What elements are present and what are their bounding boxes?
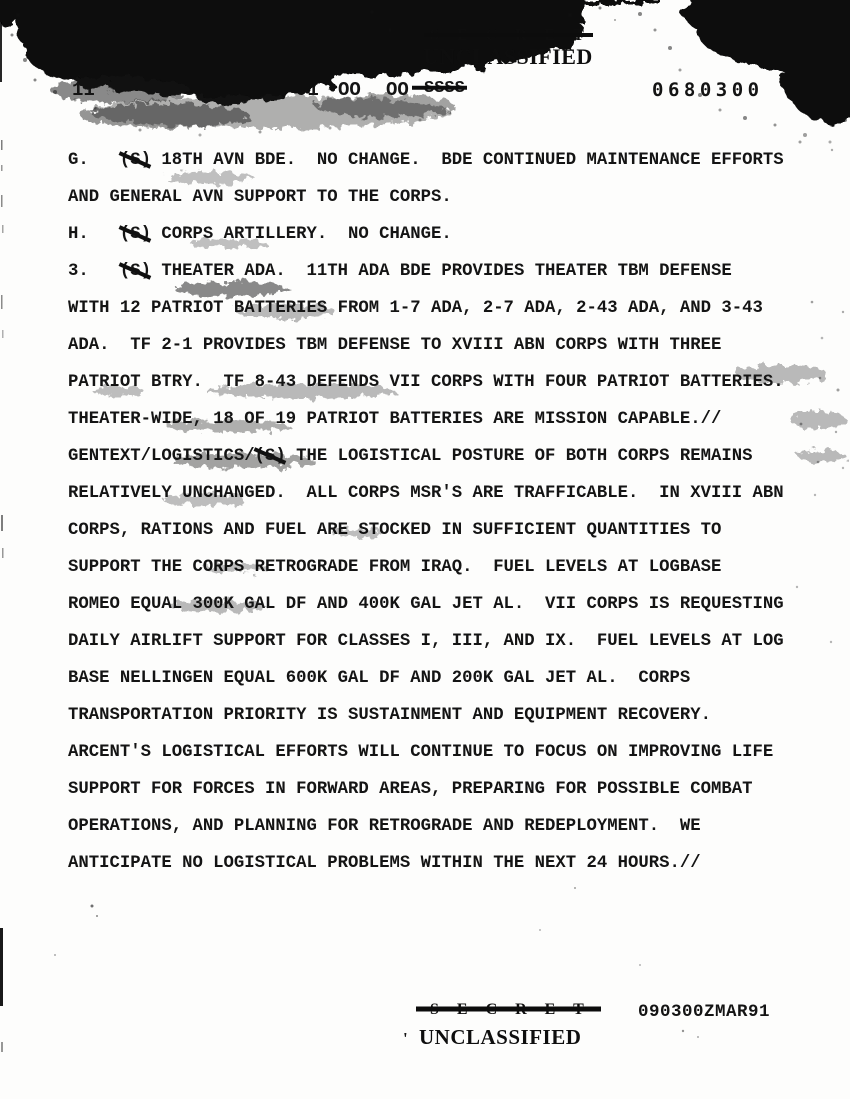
document-line: BASE NELLINGEN EQUAL 600K GAL DF AND 200… [68, 660, 784, 697]
unclassified-stamp-top: UNCLASSIFIED [423, 44, 593, 70]
document-line: ROMEO EQUAL 300K GAL DF AND 400K GAL JET… [68, 586, 784, 623]
document-line: OPERATIONS, AND PLANNING FOR RETROGRADE … [68, 808, 784, 845]
document-line: DAILY AIRLIFT SUPPORT FOR CLASSES I, III… [68, 623, 784, 660]
document-line: SUPPORT THE CORPS RETROGRADE FROM IRAQ. … [68, 549, 784, 586]
scanned-document-page: S E C R E T UNCLASSIFIED 11 90300Z MAR 9… [0, 0, 850, 1099]
header-serial: 11 [72, 79, 95, 101]
document-line: ARCENT'S LOGISTICAL EFFORTS WILL CONTINU… [68, 734, 784, 771]
document-line: H. (S) CORPS ARTILLERY. NO CHANGE. [68, 216, 784, 253]
header-dtg-year: 91 [296, 79, 319, 101]
header-dtg-month: MAR [246, 79, 280, 101]
footer-classification-secret-struck: S E C R E T [430, 1001, 591, 1019]
classification-secret-struck: S E C R E T [430, 27, 591, 45]
document-line: G. (S) 18TH AVN BDE. NO CHANGE. BDE CONT… [68, 142, 784, 179]
document-line: THEATER-WIDE, 18 OF 19 PATRIOT BATTERIES… [68, 401, 784, 438]
toner-blob-top-right [682, 0, 850, 124]
document-body: G. (S) 18TH AVN BDE. NO CHANGE. BDE CONT… [68, 142, 784, 882]
document-line: WITH 12 PATRIOT BATTERIES FROM 1-7 ADA, … [68, 290, 784, 327]
document-line: CORPS, RATIONS AND FUEL ARE STOCKED IN S… [68, 512, 784, 549]
document-line: TRANSPORTATION PRIORITY IS SUSTAINMENT A… [68, 697, 784, 734]
message-header-line: 11 90300Z MAR 91 OO OO SSSS 0680300 [0, 79, 850, 105]
stray-ink-mark: ' [403, 1029, 408, 1049]
footer-date-time-group: 090300ZMAR91 [638, 1002, 770, 1022]
header-precedence-2: OO [386, 79, 409, 101]
document-line: 3. (S) THEATER ADA. 11TH ADA BDE PROVIDE… [68, 253, 784, 290]
header-precedence-1: OO [338, 79, 361, 101]
document-line: ANTICIPATE NO LOGISTICAL PROBLEMS WITHIN… [68, 845, 784, 882]
header-document-number: 0680300 [652, 79, 764, 101]
document-line: SUPPORT FOR FORCES IN FORWARD AREAS, PRE… [68, 771, 784, 808]
document-line: RELATIVELY UNCHANGED. ALL CORPS MSR'S AR… [68, 475, 784, 512]
document-line: PATRIOT BTRY. TF 8-43 DEFENDS VII CORPS … [68, 364, 784, 401]
document-line: ADA. TF 2-1 PROVIDES TBM DEFENSE TO XVII… [68, 327, 784, 364]
declassification-strike-marker: (S) [120, 216, 151, 253]
document-line: GENTEXT/LOGISTICS/(S) THE LOGISTICAL POS… [68, 438, 784, 475]
declassification-strike-marker: (S) [120, 142, 151, 179]
page-edge-line [0, 22, 4, 1052]
unclassified-stamp-bottom: UNCLASSIFIED [419, 1025, 581, 1050]
header-dtg-time: 90300Z [161, 79, 229, 101]
declassification-strike-marker: (S) [120, 253, 151, 290]
document-line: AND GENERAL AVN SUPPORT TO THE CORPS. [68, 179, 784, 216]
header-struck-classification-code: SSSS [424, 79, 465, 98]
declassification-strike-marker: (S) [255, 438, 286, 475]
